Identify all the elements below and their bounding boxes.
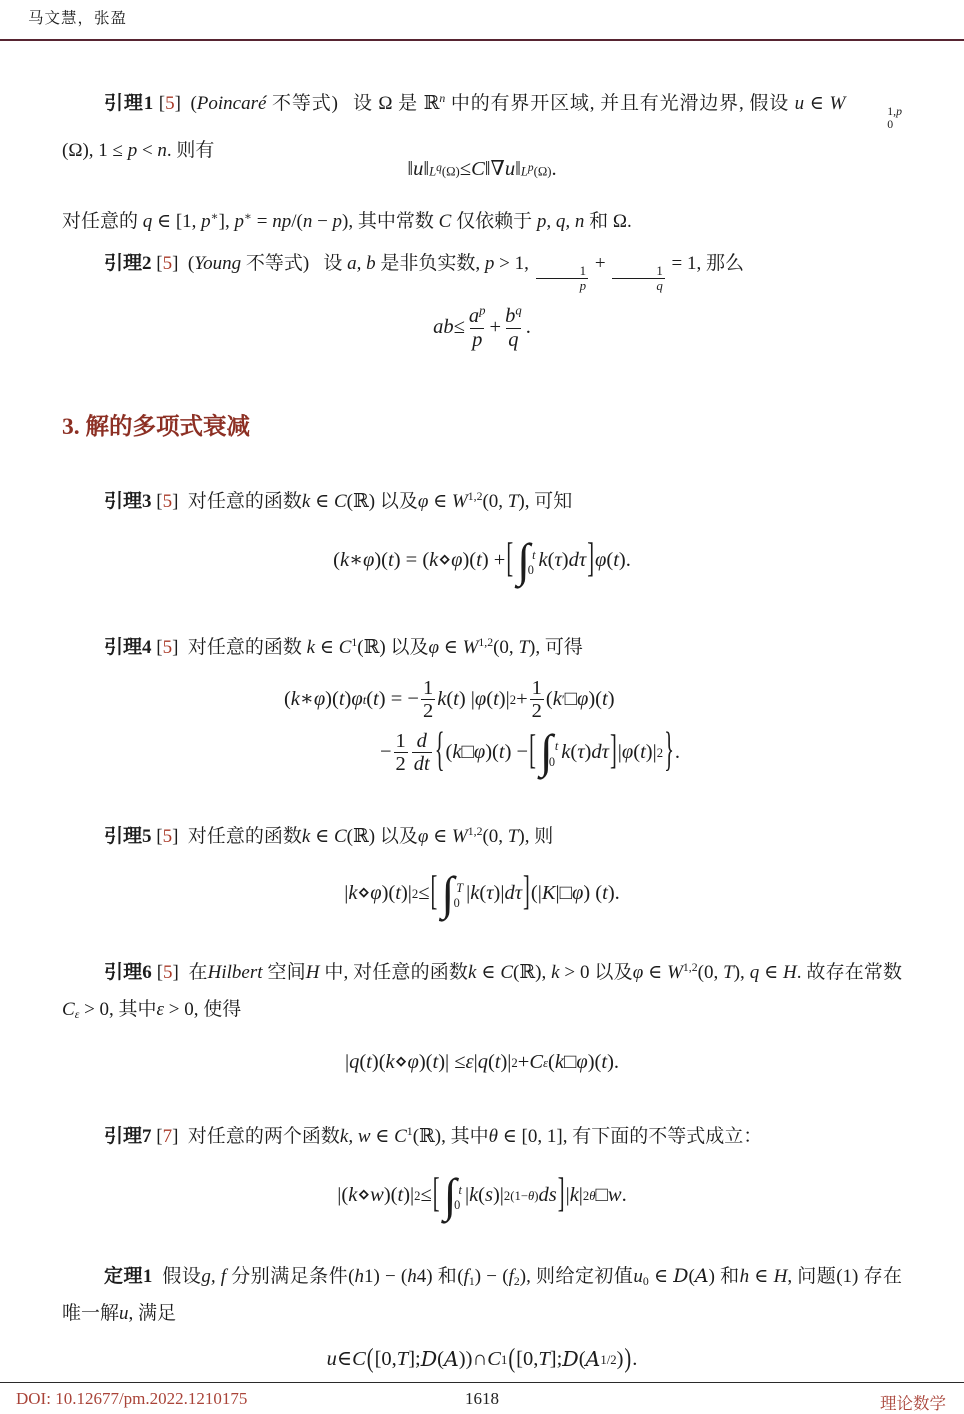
lemma2-formula: ab ≤ app + bqq. <box>62 299 902 357</box>
lemma6-paragraph: 引理6 [5] 在Hilbert 空间H 中, 对任意的函数k ∈ C(ℝ), … <box>62 954 902 1028</box>
lemma4-formula-line1: (k ∗ φ)(t)φt(t) = − 12k(t) |φ(t)|2 + 12(… <box>284 673 680 726</box>
footer-journal-name: 理论数学 <box>880 1390 946 1414</box>
lemma7-formula: |(k ⋄ w)(t)|2 ≤ [∫t0 |k(s)|2(1−θ)ds] |k|… <box>62 1163 902 1229</box>
content-column: 引理1 [5] (Poincaré 不等式) 设 Ω 是 ℝn 中的有界开区域,… <box>62 40 902 1379</box>
lemma6-formula: |q(t)(k ⋄ φ)(t)| ≤ ε|q(t)|2 + Cε(k□φ)(t)… <box>62 1046 902 1080</box>
lemma3-paragraph: 引理3 [5] 对任意的函数k ∈ C(ℝ) 以及φ ∈ W1,2(0, T),… <box>62 483 902 520</box>
lemma1-remark: 对任意的 q ∈ [1, p∗], p∗ = np/(n − p), 其中常数 … <box>62 203 902 240</box>
lemma7-paragraph: 引理7 [7] 对任意的两个函数k, w ∈ C1(ℝ), 其中θ ∈ [0, … <box>62 1118 902 1155</box>
lemma5-paragraph: 引理5 [5] 对任意的函数k ∈ C(ℝ) 以及φ ∈ W1,2(0, T),… <box>62 818 902 855</box>
footer-rule <box>0 1382 964 1383</box>
theorem1-paragraph: 定理1 假设g, f 分别满足条件(h1) − (h4) 和(f1) − (f2… <box>62 1258 902 1332</box>
lemma4-paragraph: 引理4 [5] 对任意的函数 k ∈ C1(ℝ) 以及φ ∈ W1,2(0, T… <box>62 629 902 666</box>
footer-page-number: 1618 <box>0 1389 964 1409</box>
lemma4-formula-line2: − 12 ddt {(k□φ)(t) − [∫t0k(τ)dτ] |φ(t)|2… <box>284 726 680 779</box>
lemma5-formula: |k ⋄ φ)(t)|2 ≤ [∫T0 |k(τ)|dτ] (|K|□φ) (t… <box>62 861 902 927</box>
lemma2-paragraph: 引理2 [5] (Young 不等式) 设 a, b 是非负实数, p > 1,… <box>62 245 902 293</box>
lemma4-formula-align: (k ∗ φ)(t)φt(t) = − 12k(t) |φ(t)|2 + 12(… <box>284 673 680 779</box>
lemma4-formula: (k ∗ φ)(t)φt(t) = − 12k(t) |φ(t)|2 + 12(… <box>62 672 902 780</box>
lemma3-formula: (k ∗ φ)(t) = (k ⋄ φ)(t) + [∫t0k(τ)dτ] φ(… <box>62 528 902 594</box>
theorem1-formula: u ∈ C ([0, T]; D(A)) ∩ C1 ([0, T]; D(A1/… <box>62 1341 902 1379</box>
page-header-authors: 马文慧，张盈 <box>28 6 127 28</box>
section-heading: 3. 解的多项式衰减 <box>62 407 902 447</box>
